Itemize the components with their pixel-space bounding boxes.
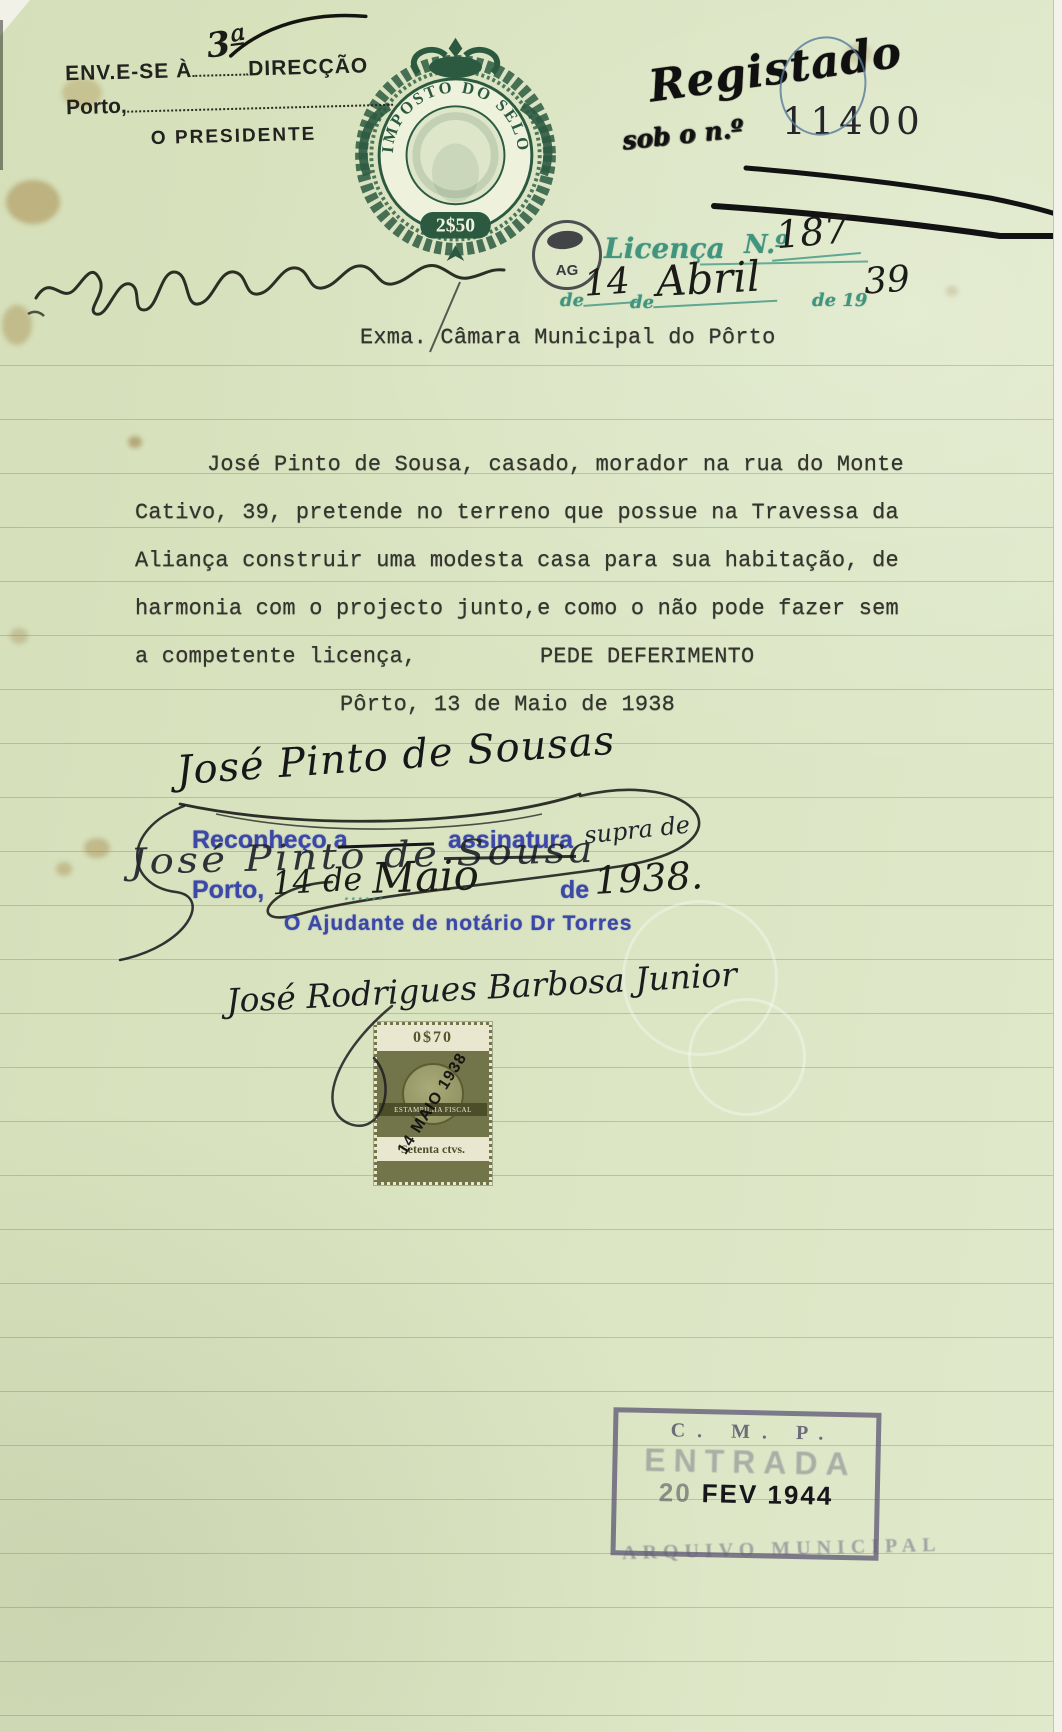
dotted-leader	[126, 88, 392, 113]
stamp-ink-blot	[546, 229, 584, 251]
signature-descender-loop	[296, 992, 436, 1142]
notary-city: Porto,	[192, 876, 264, 905]
notary-hand-day: 14 de	[271, 860, 363, 903]
license-de1: de	[560, 290, 584, 311]
notary-brace-scribble	[92, 798, 202, 968]
direction-stamp-city: Porto,	[66, 95, 127, 120]
fox-stain	[946, 286, 958, 296]
scan-corner-top-left	[0, 0, 30, 36]
license-day-hand: 14	[581, 260, 638, 307]
license-month-hand: Abril	[651, 251, 778, 308]
fox-stain	[56, 862, 72, 876]
scanned-document-page: ENV.E-SE ÀDIRECÇÃO 3ª Porto, O PRESIDENT…	[0, 0, 1062, 1732]
ink-underline-strokes	[690, 120, 1062, 240]
entry-date-day: 20	[658, 1477, 692, 1508]
seal-portrait-ghost	[432, 144, 479, 203]
body-line-4: harmonia com o projecto junto,e como o n…	[135, 596, 899, 621]
entry-date-rest: FEV 1944	[701, 1478, 833, 1511]
license-year-hand: 39	[863, 258, 912, 302]
ruled-lines	[0, 312, 1054, 1732]
fox-stain	[10, 628, 28, 644]
embossed-seal-ghost	[688, 998, 806, 1116]
direction-stamp-line2: Porto,	[66, 88, 393, 121]
entry-stamp-date: 20FEV 1944	[658, 1477, 833, 1512]
body-line-2: Cativo, 39, pretende no terreno que poss…	[135, 500, 899, 525]
fox-stain	[6, 180, 60, 224]
scan-edge-right	[1053, 0, 1062, 1732]
date-line: Pôrto, 13 de Maio de 1938	[340, 692, 675, 717]
scan-edge-left	[0, 20, 3, 170]
direction-stamp: ENV.E-SE ÀDIRECÇÃO 3ª Porto, O PRESIDENT…	[65, 54, 394, 153]
license-number-hand: 187	[768, 206, 860, 262]
closing-left: a competente licença,	[135, 644, 416, 669]
direction-stamp-prefix: ENV.E-SE À	[65, 59, 193, 85]
license-de3: de 19	[812, 290, 867, 311]
pen-slash	[420, 278, 480, 358]
notary-hand-year: 1938.	[593, 853, 704, 903]
fox-stain	[128, 436, 142, 448]
body-line-3: Aliança construir uma modesta casa para …	[135, 548, 899, 573]
notary-de: de	[560, 876, 589, 905]
closing-right: PEDE DEFERIMENTO	[540, 644, 754, 669]
pen-flourish	[224, 8, 375, 62]
body-line-1: José Pinto de Sousa, casado, morador na …	[207, 452, 904, 477]
entry-stamp-word: ENTRADA	[617, 1441, 876, 1483]
notary-official-line: O Ajudante de notário Dr Torres	[284, 912, 632, 936]
